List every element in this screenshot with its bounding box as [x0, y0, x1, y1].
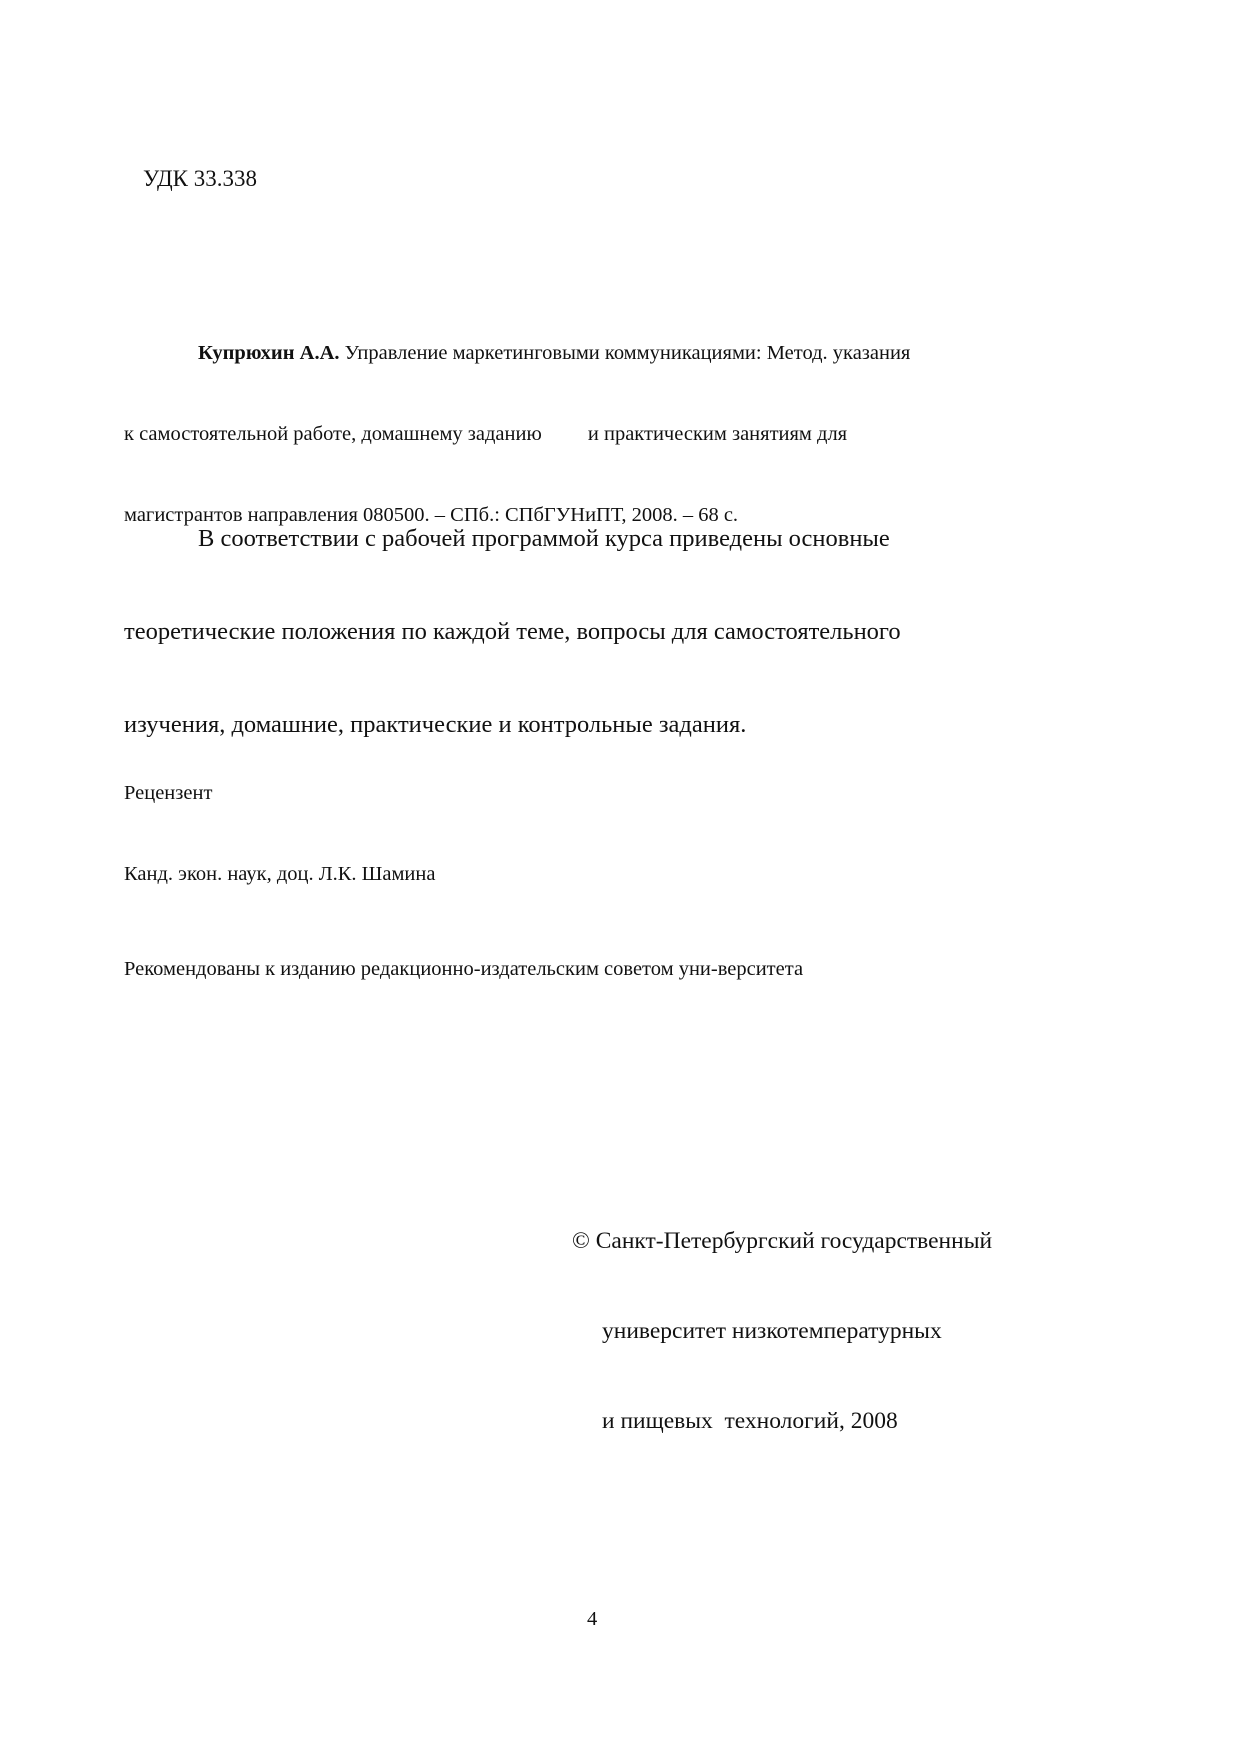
copyright-block: © Санкт-Петербургский государственный ун…	[572, 1166, 992, 1466]
abstract-paragraph: В соответствии с рабочей программой курс…	[124, 461, 901, 771]
reviewer-name: Канд. экон. наук, доц. Л.К. Шамина	[124, 861, 435, 888]
copyright-icon: ©	[572, 1228, 590, 1254]
copyright-line: и пищевых технологий, 2008	[572, 1406, 992, 1436]
biblio-line-1: Купрюхин А.А. Управление маркетинговыми …	[124, 340, 910, 367]
abstract-line: В соответствии с рабочей программой курс…	[124, 523, 901, 554]
reviewer-block: Рецензент Канд. экон. наук, доц. Л.К. Ша…	[124, 726, 435, 915]
author-name: Купрюхин А.А.	[198, 342, 340, 364]
copyright-line: Санкт-Петербургский государственный	[596, 1228, 992, 1254]
abstract-line: теоретические положения по каждой теме, …	[124, 616, 901, 647]
reviewer-label: Рецензент	[124, 780, 435, 807]
copyright-line: университет низкотемпературных	[572, 1316, 992, 1346]
udk-code: УДК 33.338	[143, 166, 257, 192]
biblio-line-2: к самостоятельной работе, домашнему зада…	[124, 421, 910, 448]
recommendation-note: Рекомендованы к изданию редакционно-изда…	[124, 958, 803, 981]
page-number: 4	[587, 1608, 597, 1631]
book-title: Управление маркетинговыми коммуникациями…	[340, 342, 911, 364]
